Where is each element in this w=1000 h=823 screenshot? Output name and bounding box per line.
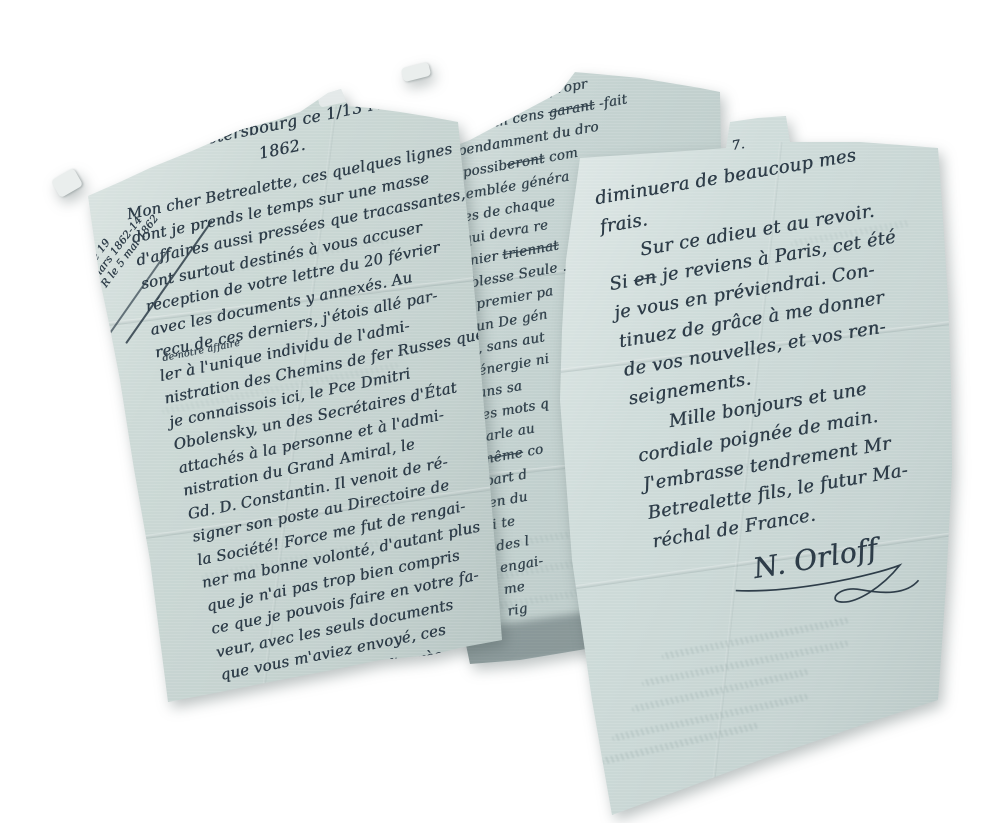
right-letter-lines: diminuera de beaucoup mesfrais.Sur ce ad…: [593, 135, 951, 556]
ghost-writing-line: [601, 722, 758, 765]
left-letter-lines: Mon cher Betrealette, ces quelques ligne…: [125, 137, 557, 710]
manuscript-photo: ( 5 ) s'ils possèdent un proprd'un certa…: [0, 0, 1000, 823]
seal-remnant-chip: [51, 168, 84, 198]
right-letter-page: 7. diminuera de beaucoup mesfrais.Sur ce…: [540, 110, 955, 820]
right-letter-paper: 7. diminuera de beaucoup mesfrais.Sur ce…: [540, 110, 955, 820]
flourish-mark: [141, 130, 172, 165]
ghost-writing-line: [641, 640, 848, 687]
left-letter-page: 7/R le 19mars 1862-14R le 5 mai 1862 St …: [60, 85, 510, 710]
left-letter-text: St Pétersbourg ce 1/13 Mars 1862. Mon ch…: [112, 74, 556, 710]
left-letter-paper: 7/R le 19mars 1862-14R le 5 mai 1862 St …: [60, 85, 510, 710]
right-letter-text: 7. diminuera de beaucoup mesfrais.Sur ce…: [588, 106, 965, 638]
paper-chip: [401, 62, 432, 82]
